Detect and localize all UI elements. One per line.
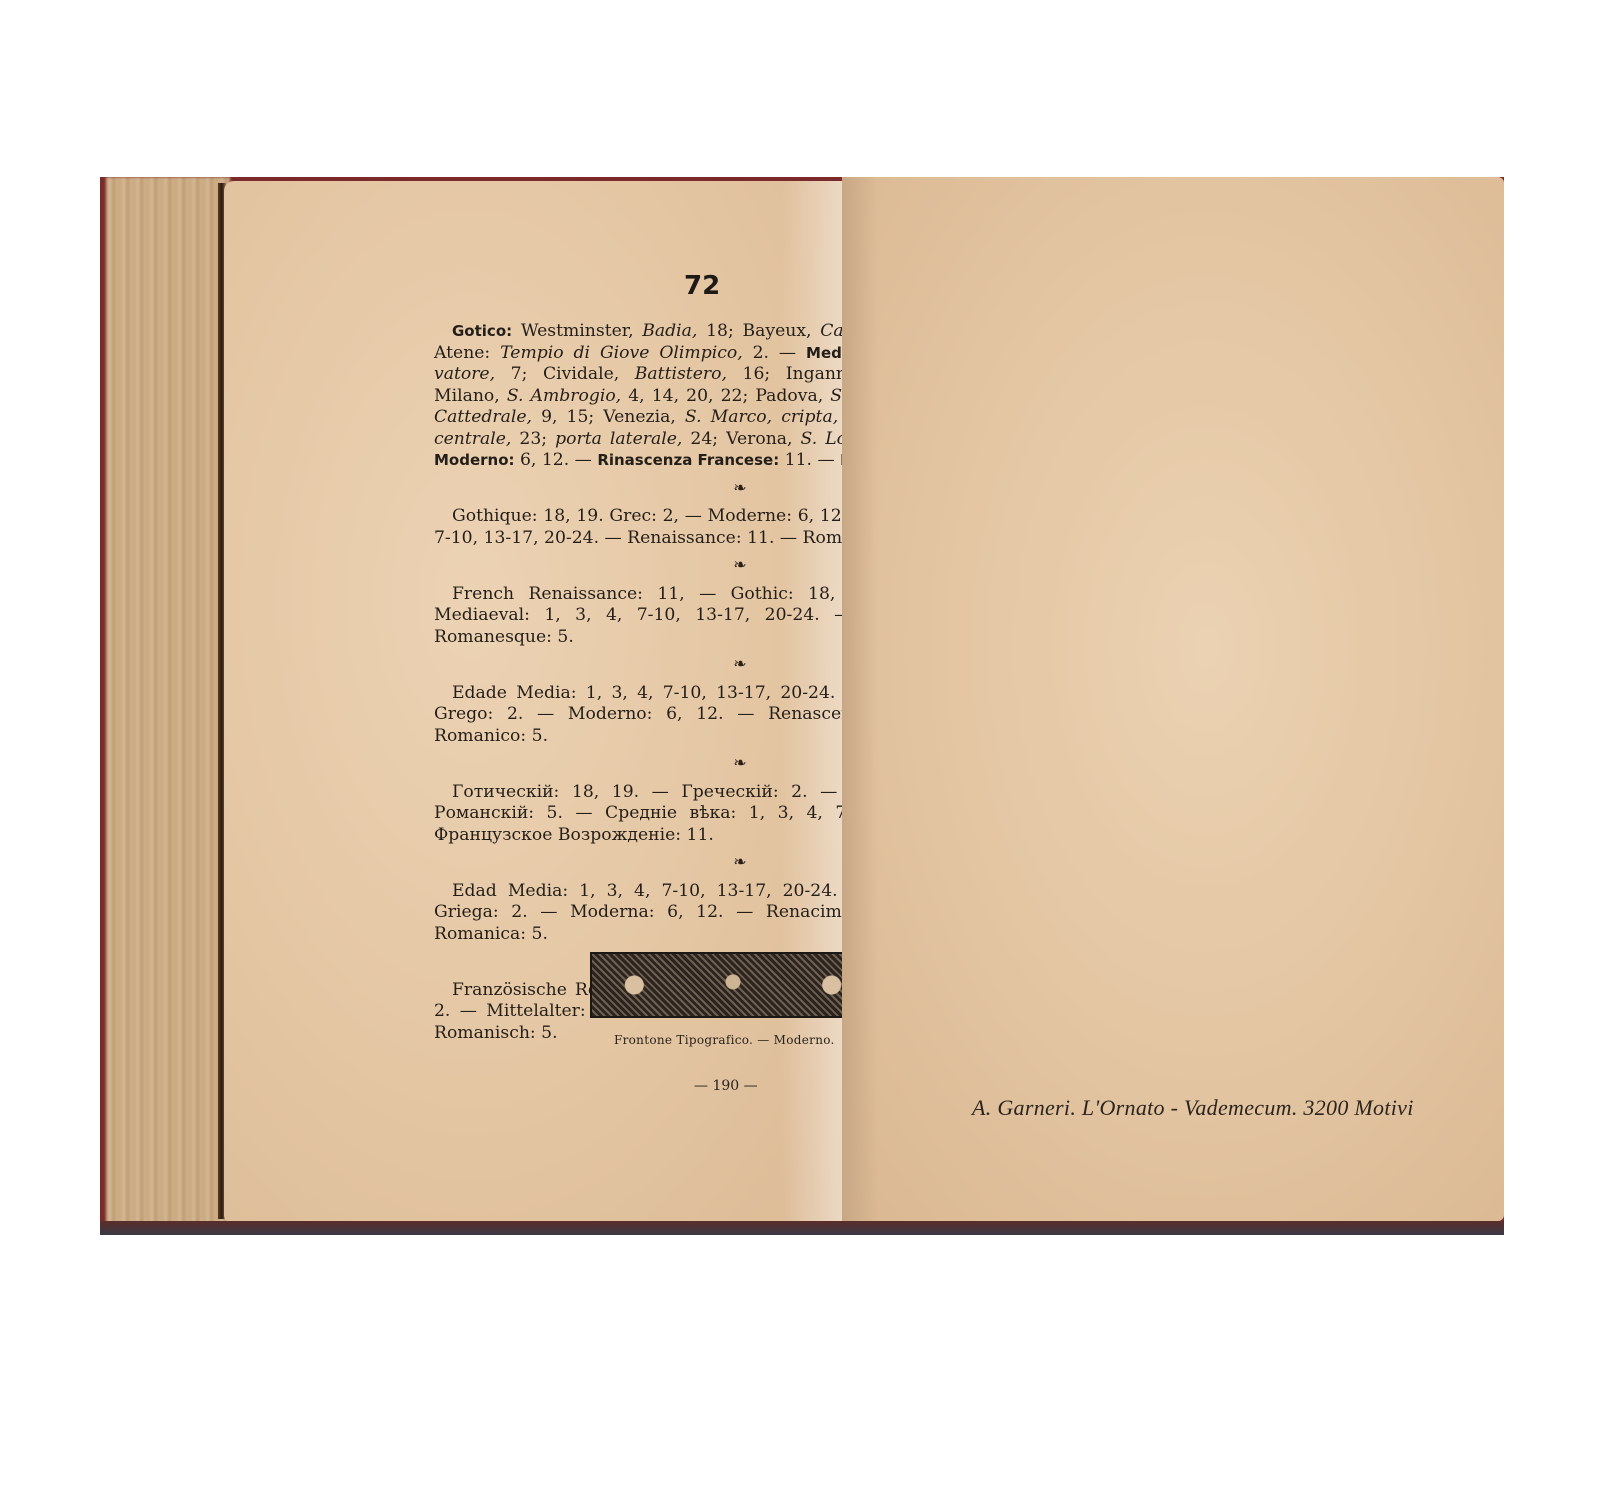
left-page: 72 Gotico: Westminster, Badia, 18; Bayeu…: [224, 181, 842, 1225]
footer-credit: A. Garneri. L'Ornato - Vademecum. 3200 M…: [972, 1095, 1414, 1121]
chapter-number: 72: [684, 271, 720, 301]
page-stack-edge: [106, 177, 230, 1225]
right-page: 1 2 3 4 5: [842, 177, 1504, 1221]
gutter-shadow: [842, 177, 878, 1221]
tailpiece-caption: Frontone Tipografico. — Moderno.: [614, 1033, 835, 1047]
open-book: 72 Gotico: Westminster, Badia, 18; Bayeu…: [100, 177, 1504, 1235]
book-bottom-edge: [100, 1221, 1504, 1235]
tailpiece-ornament: [590, 952, 876, 1018]
page-number: — 190 —: [694, 1078, 758, 1094]
